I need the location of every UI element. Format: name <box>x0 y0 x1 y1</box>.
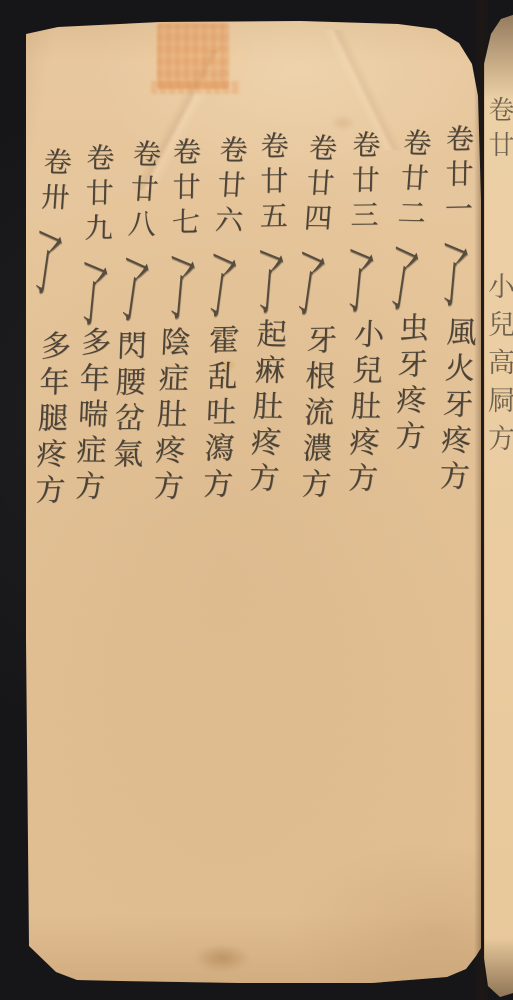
volume-label: 卷廿一 <box>440 124 475 230</box>
paper-stain <box>330 115 356 131</box>
toc-title: 虫牙疼方 <box>388 312 428 457</box>
volume-mark-column: 卷廿二了 <box>392 128 431 270</box>
toc-title-column: 虫牙疼方 <box>390 312 425 457</box>
volume-mark-column: 卷廿一了 <box>442 124 472 267</box>
toc-title: 多年腿疼方 <box>29 330 71 511</box>
volume-mark-column: 卷廿六了 <box>210 135 247 277</box>
volume-label: 卷廿六 <box>210 135 250 240</box>
gutter-page-strip: 卷廿 小兒高屙方 <box>482 0 513 1000</box>
toc-title-column: 閃腰岔氣 <box>108 330 143 475</box>
toc-title: 多年喘症方 <box>68 326 111 506</box>
volume-mark-column: 卷卅了 <box>35 147 70 254</box>
volume-label: 卷廿四 <box>299 133 339 238</box>
toc-title-column: 霍乱吐瀉方 <box>198 324 236 504</box>
paper-stain <box>194 944 250 972</box>
volume-label: 卷廿五 <box>256 131 290 237</box>
volume-mark-column: 卷廿七了 <box>169 137 199 280</box>
toc-title-column: 小兒肚疼方 <box>343 318 381 498</box>
toc-title-column: 起痳肚疼方 <box>244 318 283 498</box>
volume-label: 卷卅 <box>36 147 74 218</box>
volume-mark-column: 卷廿三了 <box>347 130 378 272</box>
gutter-title-partial: 小兒高屙方 <box>485 272 512 462</box>
gutter-volume-partial: 卷廿 <box>486 96 512 166</box>
toc-title-column: 多年腿疼方 <box>31 330 68 511</box>
volume-mark-column: 卷廿五了 <box>257 131 286 274</box>
toc-title-column: 風火牙疼方 <box>435 316 474 496</box>
seal-stamp <box>157 23 229 89</box>
toc-title-column: 牙根流濃方 <box>297 324 334 505</box>
page-photo: 卷廿一了卷廿二了卷廿三了卷廿四了卷廿五了卷廿六了卷廿七了卷廿八了卷廿九了卷卅了 … <box>0 0 513 1000</box>
toc-title: 風火牙疼方 <box>433 316 477 496</box>
volume-label: 卷廿八 <box>123 139 163 244</box>
toc-title: 陰症肚疼方 <box>147 326 191 506</box>
toc-title-column: 多年喘症方 <box>70 326 108 506</box>
toc-title: 閃腰岔氣 <box>106 330 146 475</box>
volume-mark-column: 卷廿九了 <box>81 143 112 285</box>
manuscript-page: 卷廿一了卷廿二了卷廿三了卷廿四了卷廿五了卷廿六了卷廿七了卷廿八了卷廿九了卷卅了 … <box>0 0 513 1000</box>
toc-title-column: 陰症肚疼方 <box>149 326 188 506</box>
volume-label: 卷廿九 <box>80 143 116 248</box>
volume-label: 卷廿三 <box>346 130 382 235</box>
toc-title: 霍乱吐瀉方 <box>196 324 239 504</box>
flourish-stroke: 了 <box>23 220 64 321</box>
volume-mark-column: 卷廿八了 <box>122 139 160 281</box>
toc-title: 小兒肚疼方 <box>341 318 384 498</box>
volume-label: 卷廿二 <box>392 128 433 234</box>
volume-label: 卷廿七 <box>167 137 202 243</box>
volume-mark-column: 卷廿四了 <box>298 133 336 275</box>
watermark-smudge <box>151 81 241 94</box>
toc-title: 牙根流濃方 <box>295 324 337 505</box>
toc-title: 起痳肚疼方 <box>242 318 286 498</box>
